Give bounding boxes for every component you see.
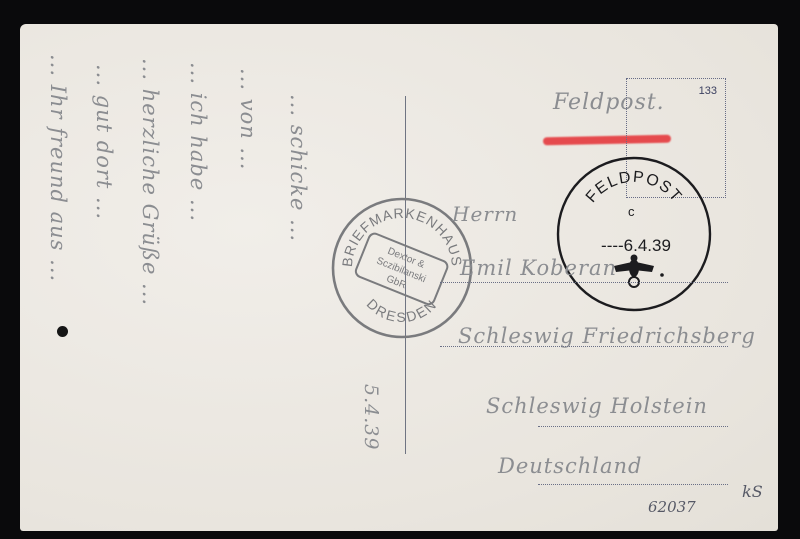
address-line: Schleswig Friedrichsberg bbox=[458, 324, 756, 348]
feldpost-cancel: FELDPOST c ----6.4.39 bbox=[554, 154, 714, 314]
svg-text:c: c bbox=[628, 204, 635, 219]
message-column: ... gut dort ... bbox=[92, 64, 116, 220]
message-column: ... Ihr freund aus ... bbox=[46, 54, 70, 282]
reference-number: 62037 bbox=[648, 498, 696, 516]
message-column: ... von ... bbox=[236, 68, 260, 170]
address-line: Emil Koberan bbox=[460, 256, 617, 280]
address-rule bbox=[538, 426, 728, 427]
address-line: Herrn bbox=[452, 202, 518, 226]
svg-text:DRESDEN: DRESDEN bbox=[364, 296, 441, 325]
address-rule bbox=[440, 346, 728, 347]
svg-text:FELDPOST: FELDPOST bbox=[583, 169, 685, 206]
message-column: ... herzliche Grüße ... bbox=[138, 58, 162, 306]
svg-text:----6.4.39: ----6.4.39 bbox=[601, 236, 671, 255]
address-rule bbox=[440, 282, 728, 283]
address-line: Deutschland bbox=[498, 454, 643, 478]
message-date: 5.4.39 bbox=[360, 384, 382, 450]
address-line: Schleswig Holstein bbox=[486, 394, 708, 418]
message-column: ... ich habe ... bbox=[186, 62, 210, 222]
address-rule bbox=[538, 484, 728, 485]
reference-initials: kS bbox=[742, 482, 763, 501]
postcard-back: ... Ihr freund aus ... ... gut dort ... … bbox=[20, 24, 778, 531]
stamp-box-number: 133 bbox=[699, 85, 717, 97]
message-column: ... schicke ... bbox=[286, 94, 310, 242]
punch-hole bbox=[57, 326, 68, 337]
